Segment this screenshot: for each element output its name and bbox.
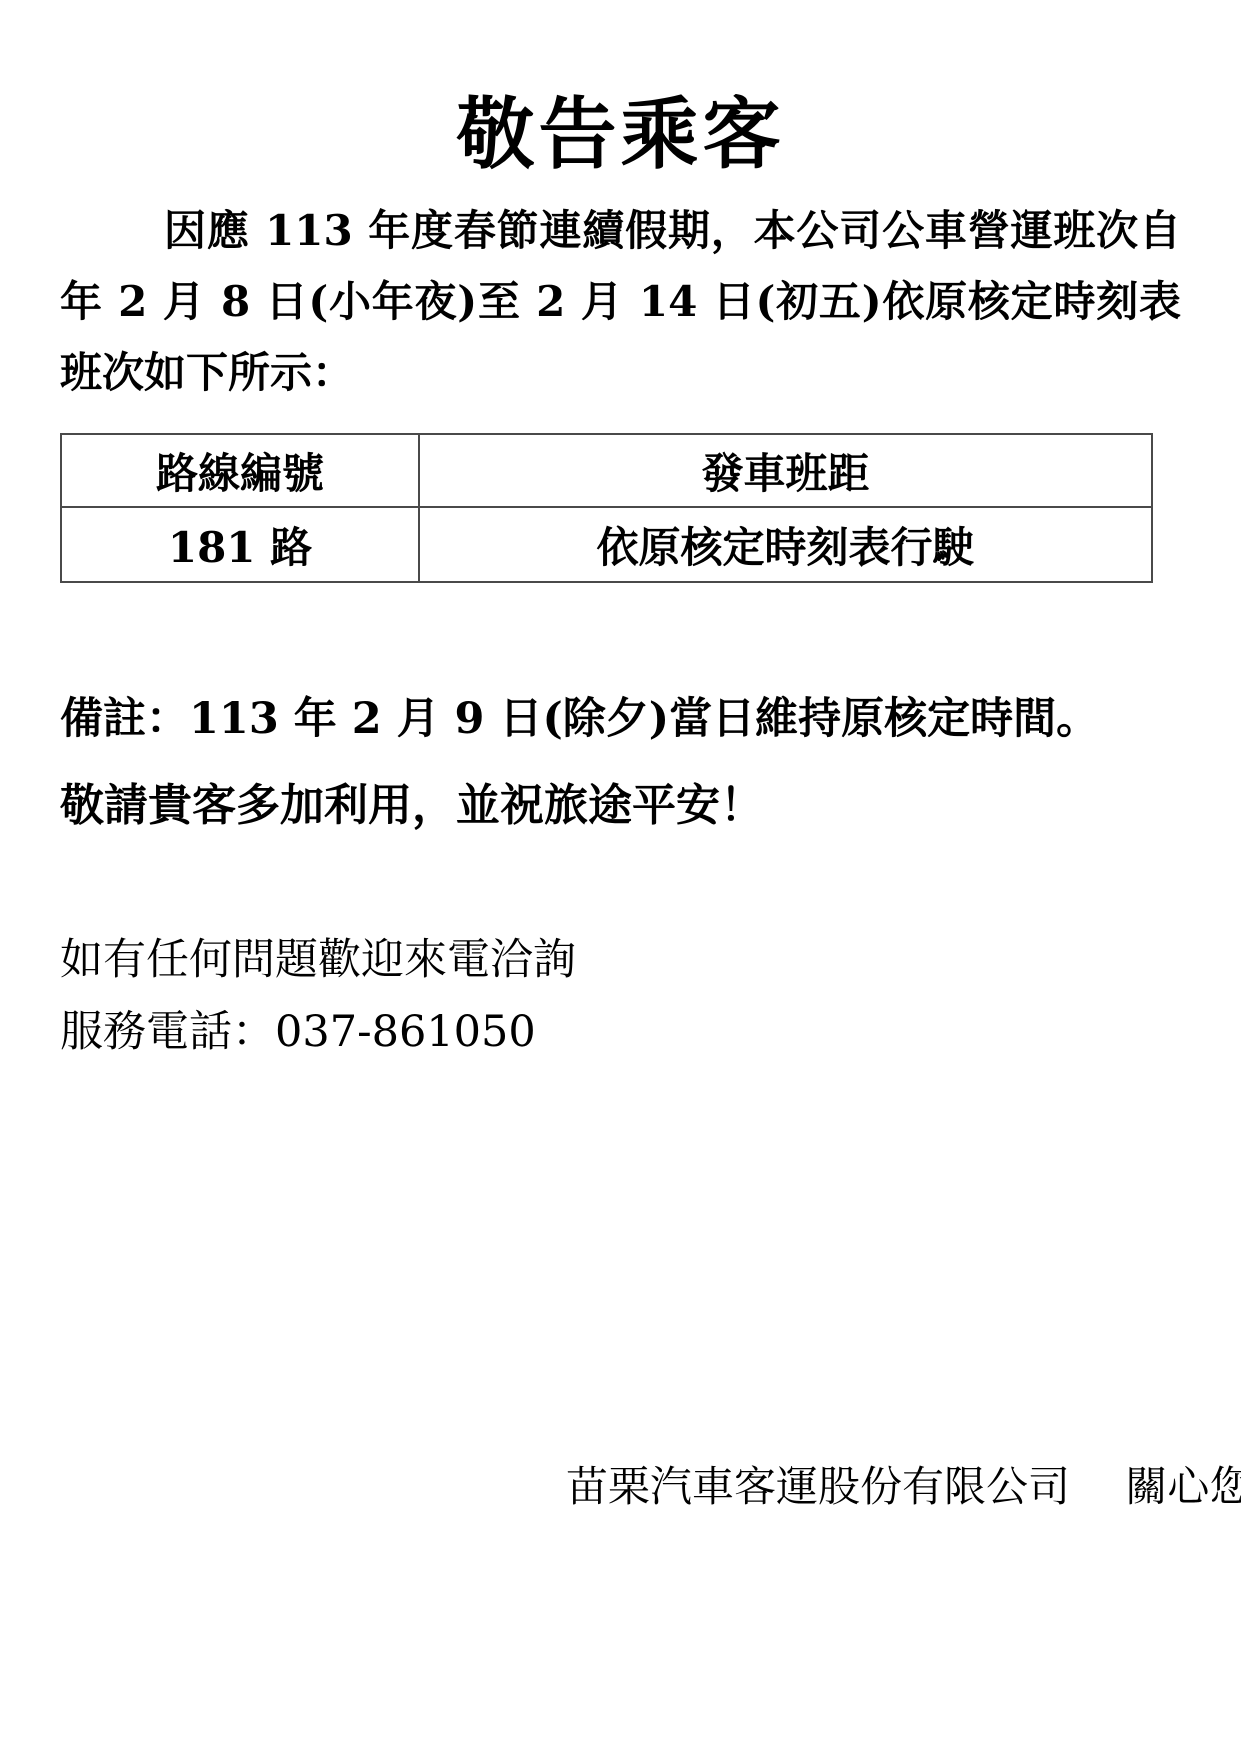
contact-info-text: 如有任何問題歡迎來電洽詢	[60, 934, 576, 986]
paragraph-line-1: 因應 113 年度春節連續假期，本公司公車營運班次自 113	[60, 195, 1181, 266]
notice-paragraph: 因應 113 年度春節連續假期，本公司公車營運班次自 113 年 2 月 8 日…	[60, 195, 1181, 408]
remark-text: 備註：113 年 2 月 9 日(除夕)當日維持原核定時間。	[60, 693, 1099, 745]
page-title: 敬告乘客	[0, 92, 1241, 178]
closing-text: 敬請貴客多加利用，並祝旅途平安！	[60, 780, 764, 832]
table-header-row: 路線編號 發車班距	[61, 434, 1152, 507]
table-row: 181 路 依原核定時刻表行駛	[61, 507, 1152, 582]
schedule-table: 路線編號 發車班距 181 路 依原核定時刻表行駛	[60, 433, 1153, 583]
table-header-route: 路線編號	[61, 434, 419, 507]
service-phone-text: 服務電話：037-861050	[60, 1006, 536, 1058]
paragraph-line-3: 班次如下所示：	[60, 337, 1181, 408]
company-signature: 苗栗汽車客運股份有限公司 關心您	[566, 1462, 1241, 1512]
paragraph-line-2: 年 2 月 8 日(小年夜)至 2 月 14 日(初五)依原核定時刻表行駛，	[60, 266, 1181, 337]
cell-interval: 依原核定時刻表行駛	[419, 507, 1152, 582]
table-header-interval: 發車班距	[419, 434, 1152, 507]
cell-route-number: 181 路	[61, 507, 419, 582]
notice-page: 敬告乘客 因應 113 年度春節連續假期，本公司公車營運班次自 113 年 2 …	[0, 0, 1241, 1755]
